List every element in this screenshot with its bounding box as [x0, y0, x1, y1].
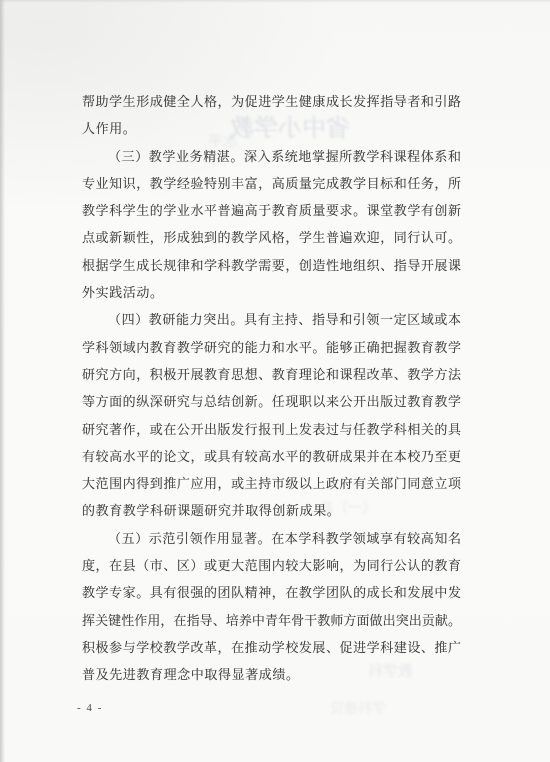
text-line: 研究著作，或在公开出版发行报刊上发表过与任教学科相关的具 — [82, 416, 461, 443]
text-line: 点或新颖性，形成独到的教学风格，学生普遍欢迎，同行认可。 — [82, 224, 461, 251]
text-line: 根据学生成长规律和学科教学需要，创造性地组织、指导开展课 — [82, 252, 461, 279]
text-line: 大范围内得到推广应用，或主持市级以上政府有关部门同意立项 — [82, 470, 461, 497]
text-line: 有较高水平的论文，或具有较高水平的教研成果并在本校乃至更 — [82, 443, 461, 470]
text-block: 帮助学生形成健全人格，为促进学生健康成长发挥指导者和引路人作用。（三）教学业务精… — [82, 88, 461, 689]
text-line: 的教育教学科研课题研究并取得创新成果。 — [82, 497, 461, 524]
text-line: 学科领域内教育教学研究的能力和水平。能够正确把握教育教学 — [82, 334, 461, 361]
scan-edge-top — [0, 0, 550, 3]
text-line: （三）教学业务精湛。深入系统地掌握所教学科课程体系和 — [82, 143, 461, 170]
text-line: 积极参与学校教学改革，在推动学校发展、促进学科建设、推广 — [82, 634, 461, 661]
text-line: 人作用。 — [82, 115, 461, 142]
text-line: 帮助学生形成健全人格，为促进学生健康成长发挥指导者和引路 — [82, 88, 461, 115]
page-number: - 4 - — [77, 702, 103, 714]
scan-edge-left — [0, 0, 5, 762]
bleed-through-text: 学科建设 — [330, 698, 386, 718]
text-line: 等方面的纵深研究与总结创新。任现职以来公开出版过教育教学 — [82, 388, 461, 415]
text-line: （四）教研能力突出。具有主持、指导和引领一定区域或本 — [82, 306, 461, 333]
text-line: 度，在县（市、区）或更大范围内较大影响，为同行公认的教育 — [82, 552, 461, 579]
text-line: 研究方向，积极开展教育思想、教育理论和课程改革、教学方法 — [82, 361, 461, 388]
text-line: 外实践活动。 — [82, 279, 461, 306]
text-line: 教学专家。具有很强的团队精神，在教学团队的成长和发展中发 — [82, 579, 461, 606]
document-page: 省中小学教水平（一）具教学科学科建设 帮助学生形成健全人格，为促进学生健康成长发… — [0, 0, 550, 762]
text-line: 专业知识，教学经验特别丰富，高质量完成教学目标和任务，所 — [82, 170, 461, 197]
text-line: 挥关键性作用，在指导、培养中青年骨干教师方面做出突出贡献。 — [82, 607, 461, 634]
text-line: （五）示范引领作用显著。在本学科教学领域享有较高知名 — [82, 525, 461, 552]
text-line: 普及先进教育理念中取得显著成绩。 — [82, 661, 461, 688]
text-line: 教学科学生的学业水平普遍高于教育质量要求。课堂教学有创新 — [82, 197, 461, 224]
